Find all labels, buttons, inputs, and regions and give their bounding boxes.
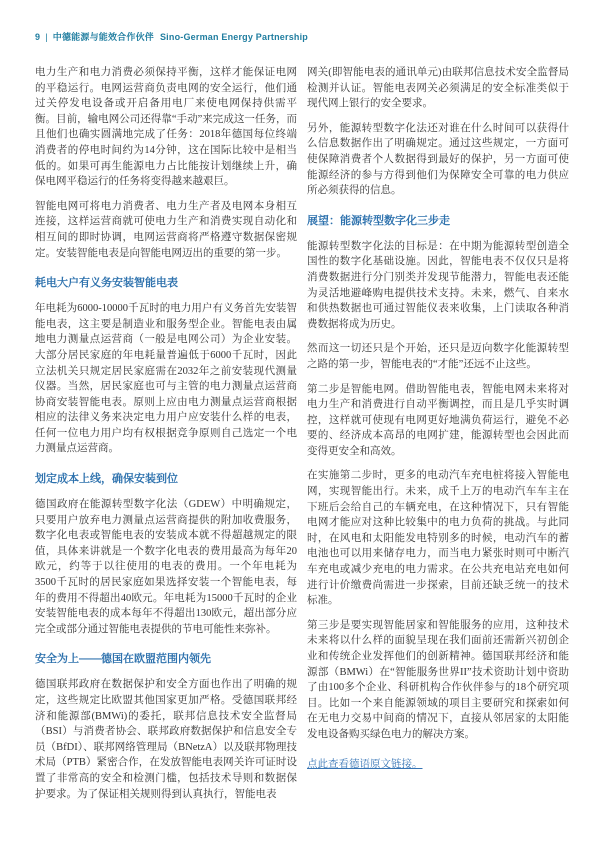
newsletter-title-zh: 中德能源与能效合作伙伴 — [53, 32, 154, 42]
paragraph: 电力生产和电力消费必须保持平衡，这样才能保证电网的平稳运行。电网运营商负责电网的… — [35, 65, 297, 190]
paragraph: 另外，能源转型数字化法还对谁在什么时间可以获得什么信息数据作出了明确规定。通过这… — [307, 121, 569, 199]
paragraph: 年电耗为6000-10000千瓦时的电力用户有义务首先安装智能电表，这主要是制造… — [35, 301, 297, 457]
page-header: 9|中德能源与能效合作伙伴Sino-German Energy Partners… — [35, 30, 570, 43]
right-column: 网关(即智能电表的通讯单元)由联邦信息技术安全监督局检测并认证。智能电表网关必须… — [307, 65, 569, 811]
section-heading: 耗电大户有义务安装智能电表 — [35, 274, 297, 290]
header-separator: | — [45, 32, 48, 42]
original-article-link[interactable]: 点此查看德语原文链接。 — [307, 757, 423, 773]
left-column: 电力生产和电力消费必须保持平衡，这样才能保证电网的平稳运行。电网运营商负责电网的… — [35, 65, 297, 811]
paragraph: 然而这一切还只是个开始，还只是迈向数字化能源转型之路的第一步，智能电表的“才能”… — [307, 341, 569, 372]
section-heading: 划定成本上线，确保安装到位 — [35, 470, 297, 486]
paragraph: 能源转型数字化法的目标是：在中期为能源转型创造全国性的数字化基础设施。因此，智能… — [307, 239, 569, 333]
paragraph: 网关(即智能电表的通讯单元)由联邦信息技术安全监督局检测并认证。智能电表网关必须… — [307, 65, 569, 112]
section-heading: 安全为上——德国在欧盟范围内领先 — [35, 650, 297, 666]
paragraph: 第二步是智能电网。借助智能电表，智能电网未来将对电力生产和消费进行自动平衡调控，… — [307, 382, 569, 460]
paragraph: 在实施第二步时，更多的电动汽车充电桩将接入智能电网，实现智能出行。未来，成千上万… — [307, 468, 569, 608]
paragraph: 德国联邦政府在数据保护和安全方面也作出了明确的规定，这些规定比欧盟其他国家更加严… — [35, 677, 297, 802]
page-number: 9 — [35, 32, 40, 42]
document-page: 9|中德能源与能效合作伙伴Sino-German Energy Partners… — [0, 0, 600, 849]
paragraph: 智能电网可将电力消费者、电力生产者及电网本身相互连接，这样运营商就可使电力生产和… — [35, 199, 297, 261]
newsletter-title-en: Sino-German Energy Partnership — [160, 32, 308, 42]
paragraph: 第三步是要实现智能居家和智能服务的应用，这种技术未来将以什么样的面貌呈现在我们面… — [307, 618, 569, 743]
section-heading: 展望：能源转型数字化三步走 — [307, 212, 569, 228]
paragraph: 德国政府在能源转型数字化法（GDEW）中明确规定，只要用户放弃电力测量点运营商提… — [35, 497, 297, 637]
two-column-body: 电力生产和电力消费必须保持平衡，这样才能保证电网的平稳运行。电网运营商负责电网的… — [35, 65, 570, 811]
